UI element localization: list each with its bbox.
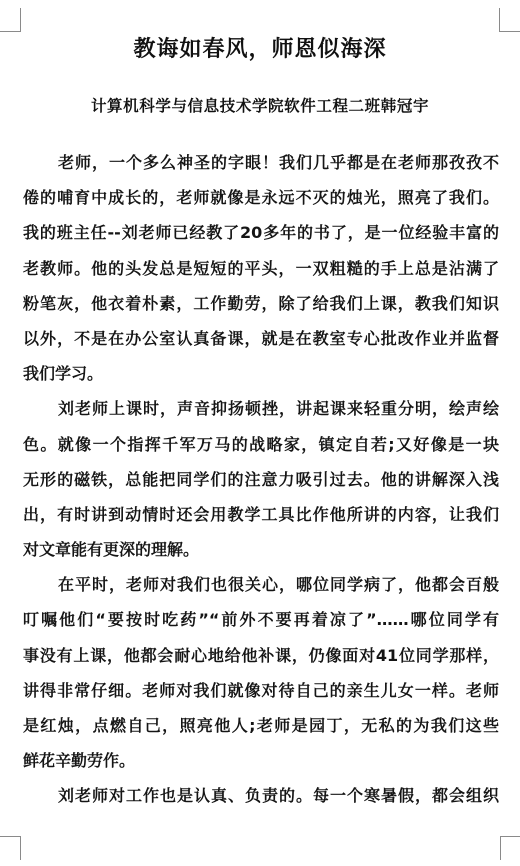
crop-mark-top-right-horizontal	[499, 31, 520, 32]
body-line: 无形的磁铁，总能把同学们的注意力吸引过去。他的讲解深入浅	[23, 462, 499, 497]
crop-mark-bottom-left-vertical	[20, 836, 21, 860]
body-line: 叮嘱他们“要按时吃药”“前外不要再着凉了”……哪位同学有	[23, 602, 499, 637]
body-line: 刘老师对工作也是认真、负责的。每一个寒暑假，都会组织	[23, 778, 499, 813]
body-line: 是红烛，点燃自己，照亮他人;老师是园丁，无私的为我们这些	[23, 708, 499, 743]
crop-mark-top-right-vertical	[499, 8, 500, 32]
body-line: 以外，不是在办公室认真备课，就是在教室专心批改作业并监督	[23, 321, 499, 356]
crop-mark-bottom-right-vertical	[500, 836, 501, 860]
body-line: 对文章能有更深的理解。	[23, 532, 499, 567]
body-line: 讲得非常仔细。老师对我们就像对待自己的亲生儿女一样。老师	[23, 673, 499, 708]
body-line: 在平时，老师对我们也很关心，哪位同学病了，他都会百般	[23, 567, 499, 602]
body-line: 出，有时讲到动情时还会用教学工具比作他所讲的内容，让我们	[23, 497, 499, 532]
body-line: 粉笔灰，他衣着朴素，工作勤劳，除了给我们上课，教我们知识	[23, 286, 499, 321]
document-title: 教诲如春风，师恩似海深	[0, 34, 520, 66]
body-line: 刘老师上课时，声音抑扬顿挫，讲起课来轻重分明，绘声绘	[23, 391, 499, 426]
body-line: 事没有上课，他都会耐心地给他补课，仍像面对41位同学那样，	[23, 638, 499, 673]
body-line: 倦的哺育中成长的，老师就像是永远不灭的烛光，照亮了我们。	[23, 180, 499, 215]
document-author-line: 计算机科学与信息技术学院软件工程二班韩冠宇	[0, 94, 520, 118]
document-body: 老师，一个多么神圣的字眼！我们几乎都是在老师那孜孜不 倦的哺育中成长的，老师就像…	[23, 145, 499, 814]
crop-mark-bottom-left-horizontal	[0, 836, 21, 837]
body-line: 我们学习。	[23, 356, 499, 391]
body-line: 老师，一个多么神圣的字眼！我们几乎都是在老师那孜孜不	[23, 145, 499, 180]
crop-mark-top-left-vertical	[20, 8, 21, 32]
document-page: 教诲如春风，师恩似海深 计算机科学与信息技术学院软件工程二班韩冠宇 老师，一个多…	[0, 0, 520, 866]
body-line: 老教师。他的头发总是短短的平头，一双粗糙的手上总是沾满了	[23, 251, 499, 286]
crop-mark-top-left-horizontal	[0, 31, 21, 32]
body-line: 色。就像一个指挥千军万马的战略家，镇定自若;又好像是一块	[23, 427, 499, 462]
body-line: 鲜花辛勤劳作。	[23, 743, 499, 778]
body-line: 我的班主任--刘老师已经教了20多年的书了，是一位经验丰富的	[23, 215, 499, 250]
crop-mark-bottom-right-horizontal	[500, 836, 520, 837]
